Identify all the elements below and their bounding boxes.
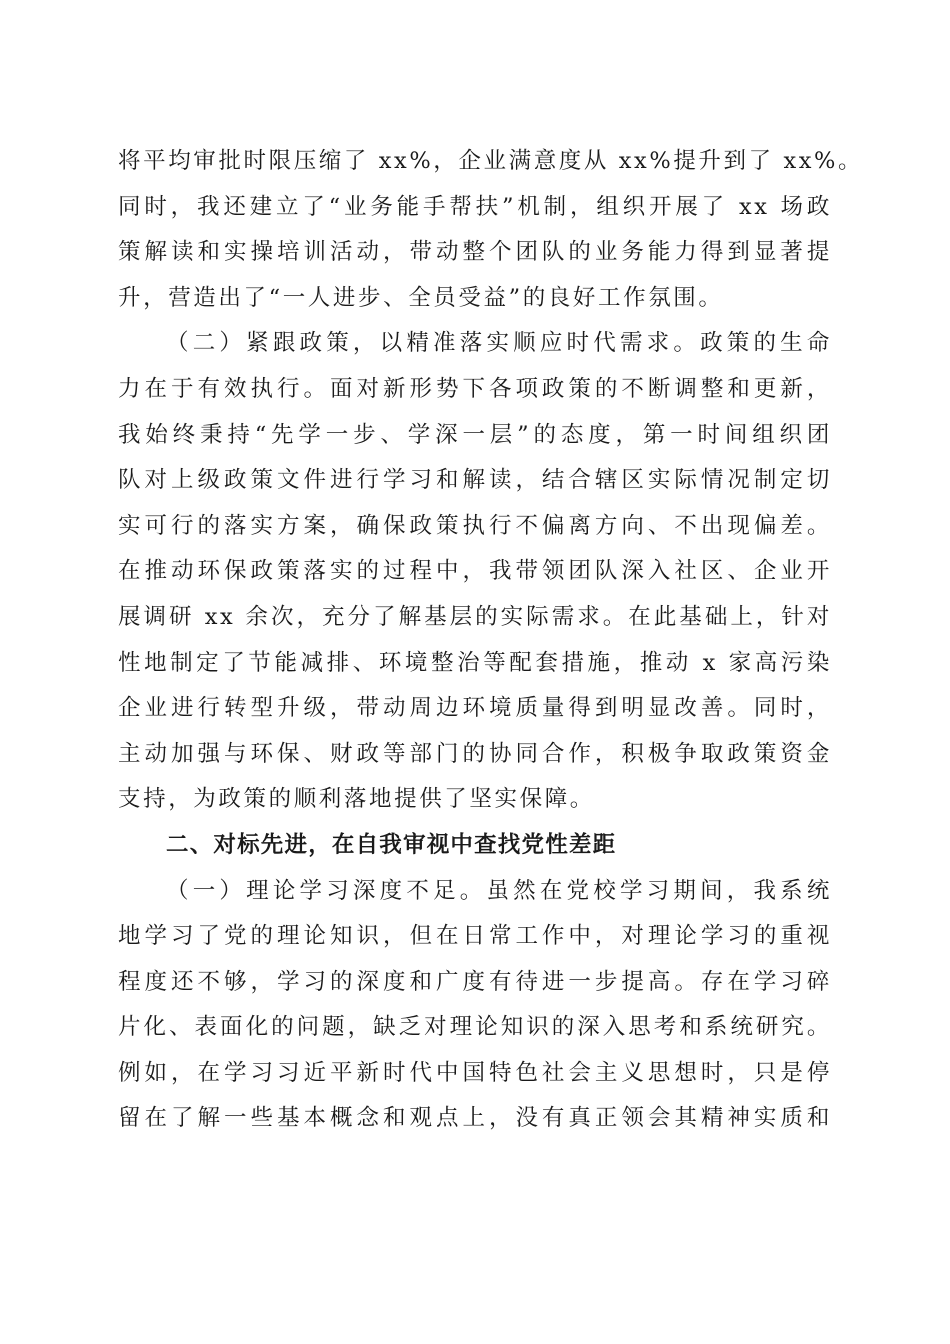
text-line: 策解读和实操培训活动，带动整个团队的业务能力得到显著提 bbox=[118, 230, 832, 276]
text-line: 企业进行转型升级，带动周边环境质量得到明显改善。同时， bbox=[118, 686, 832, 732]
text-line: 地学习了党的理论知识，但在日常工作中，对理论学习的重视 bbox=[118, 914, 832, 960]
text-line: 同时，我还建立了“业务能手帮扶”机制，组织开展了 xx 场政 bbox=[118, 185, 832, 231]
text-line: 展调研 xx 余次，充分了解基层的实际需求。在此基础上，针对 bbox=[118, 595, 832, 641]
text-line: 留在了解一些基本概念和观点上，没有真正领会其精神实质和 bbox=[118, 1096, 832, 1142]
text-line: 在推动环保政策落实的过程中，我带领团队深入社区、企业开 bbox=[118, 549, 832, 595]
text-line: 主动加强与环保、财政等部门的协同合作，积极争取政策资金 bbox=[118, 732, 832, 778]
text-line: 程度还不够，学习的深度和广度有待进一步提高。存在学习碎 bbox=[118, 960, 832, 1006]
subsection-lead-line: （二）紧跟政策，以精准落实顺应时代需求。政策的生命 bbox=[118, 321, 832, 367]
text-line: 升，营造出了“一人进步、全员受益”的良好工作氛围。 bbox=[118, 276, 832, 322]
text-line: 支持，为政策的顺利落地提供了坚实保障。 bbox=[118, 777, 832, 823]
subsection-lead-line: （一）理论学习深度不足。虽然在党校学习期间，我系统 bbox=[118, 869, 832, 915]
text-line: 我始终秉持“先学一步、学深一层”的态度，第一时间组织团 bbox=[118, 413, 832, 459]
text-line: 例如，在学习习近平新时代中国特色社会主义思想时，只是停 bbox=[118, 1051, 832, 1097]
document-page: 将平均审批时限压缩了 xx%，企业满意度从 xx%提升到了 xx%。 同时，我还… bbox=[0, 0, 950, 1344]
text-line: 力在于有效执行。面对新形势下各项政策的不断调整和更新， bbox=[118, 367, 832, 413]
paragraph-subsection-2: （二）紧跟政策，以精准落实顺应时代需求。政策的生命 力在于有效执行。面对新形势下… bbox=[118, 321, 832, 823]
document-body: 将平均审批时限压缩了 xx%，企业满意度从 xx%提升到了 xx%。 同时，我还… bbox=[118, 139, 832, 1142]
text-line: 将平均审批时限压缩了 xx%，企业满意度从 xx%提升到了 xx%。 bbox=[118, 139, 832, 185]
text-line: 队对上级政策文件进行学习和解读，结合辖区实际情况制定切 bbox=[118, 458, 832, 504]
text-line: 性地制定了节能减排、环境整治等配套措施，推动 x 家高污染 bbox=[118, 641, 832, 687]
paragraph-continuation: 将平均审批时限压缩了 xx%，企业满意度从 xx%提升到了 xx%。 同时，我还… bbox=[118, 139, 832, 321]
paragraph-subsection-1: （一）理论学习深度不足。虽然在党校学习期间，我系统 地学习了党的理论知识，但在日… bbox=[118, 869, 832, 1143]
section-heading-text: 二、对标先进，在自我审视中查找党性差距 bbox=[118, 823, 832, 869]
text-line: 实可行的落实方案，确保政策执行不偏离方向、不出现偏差。 bbox=[118, 504, 832, 550]
text-line: 片化、表面化的问题，缺乏对理论知识的深入思考和系统研究。 bbox=[118, 1005, 832, 1051]
section-heading: 二、对标先进，在自我审视中查找党性差距 bbox=[118, 823, 832, 869]
